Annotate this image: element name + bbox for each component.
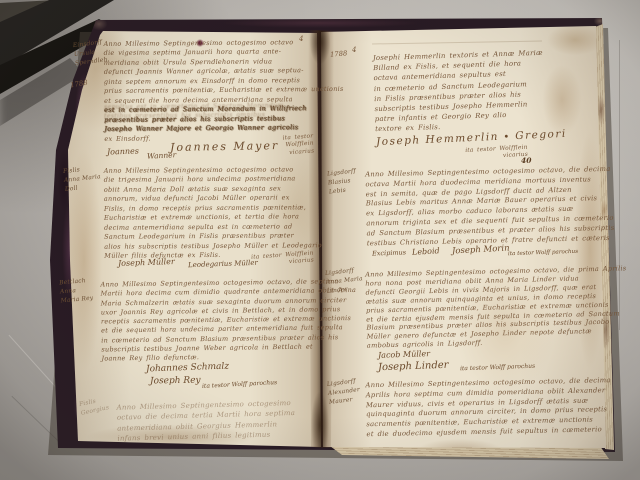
background-scratch-line <box>9 335 70 403</box>
margin-note: LigsdorffAnna MariaLinder <box>325 266 365 297</box>
margin-note: FislisAnna MariaDoll <box>63 164 103 195</box>
margin-note: FislisGeorgius <box>78 395 110 419</box>
burial-entry-faded: Anno Millesimo Septingentesimo octogesim… <box>116 397 317 443</box>
signature: Joseph Morin <box>452 243 510 256</box>
folio-number: 40 <box>521 156 531 165</box>
signature: Leboid <box>412 246 440 256</box>
attestation: ita testor Wolff parochus <box>508 249 578 257</box>
signature: Excipimus <box>372 248 406 257</box>
burial-entry: Josephi Hemmerlin textoris et Annæ Mariæ… <box>373 47 573 135</box>
attestation: ita testorWolffleinvicarius <box>239 133 314 160</box>
attestation: ita testor Wolff parochus <box>202 379 277 390</box>
manuscript-line: Maria Rey <box>60 295 93 307</box>
attestation: ita testor Wolff parochus <box>460 363 535 373</box>
manuscript-line: Lebis <box>329 185 359 197</box>
burial-entry: Anno Millesimo Septingentesimo octogesim… <box>104 38 315 144</box>
bleed-through-text: sepultus est in cœmeterio ad Sanctum Mor… <box>104 101 309 121</box>
signature: Joannes <box>107 146 139 156</box>
signature: Joseph Rey <box>150 376 201 387</box>
attestation: ita testor Wolffleinvicarius <box>440 145 529 164</box>
margin-note: LigsdorffAlexanderMaurer <box>326 377 361 408</box>
burial-entry: Anno Millesimo Septingentesimo octogesim… <box>365 166 581 249</box>
burial-entry: Anno Millesimo Septingentesimo octogesim… <box>365 265 583 350</box>
manuscript-line: testibus præsentibus his subscriptis omn… <box>104 110 309 121</box>
right-page-corner-mark: 4 <box>352 46 356 54</box>
burial-entry: Anno Millesimo Septingentesimo octogesim… <box>104 165 315 261</box>
background-scratch-line <box>11 396 62 445</box>
year-mark: 1788 <box>330 49 348 58</box>
signature: Joseph Müller <box>118 257 175 268</box>
burial-entry: Anno Millesimo Septingentesimo octogesim… <box>100 277 317 364</box>
faint-header-rule <box>372 41 542 45</box>
archival-photo-scene: 4 EinsdorffUrsulaSperndleh. 1788 Anno Mi… <box>0 0 640 480</box>
margin-note: LigsdorffBlasiusLebis <box>327 168 359 198</box>
background-scratch-line <box>619 40 620 330</box>
manuscript-line: Josepho Wanner Majore et Georgio Wanner … <box>104 123 314 134</box>
year-mark: 1788 <box>69 79 88 90</box>
burial-entry: Anno Millesimo Septingentesimo octogesim… <box>365 377 582 440</box>
signature: Johannes Schmalz <box>146 362 229 375</box>
signature: Jacob Müller <box>378 349 430 360</box>
margin-note: BettlachAnnaMaria Rey <box>59 277 94 307</box>
signature: Joseph Linder <box>378 360 449 373</box>
